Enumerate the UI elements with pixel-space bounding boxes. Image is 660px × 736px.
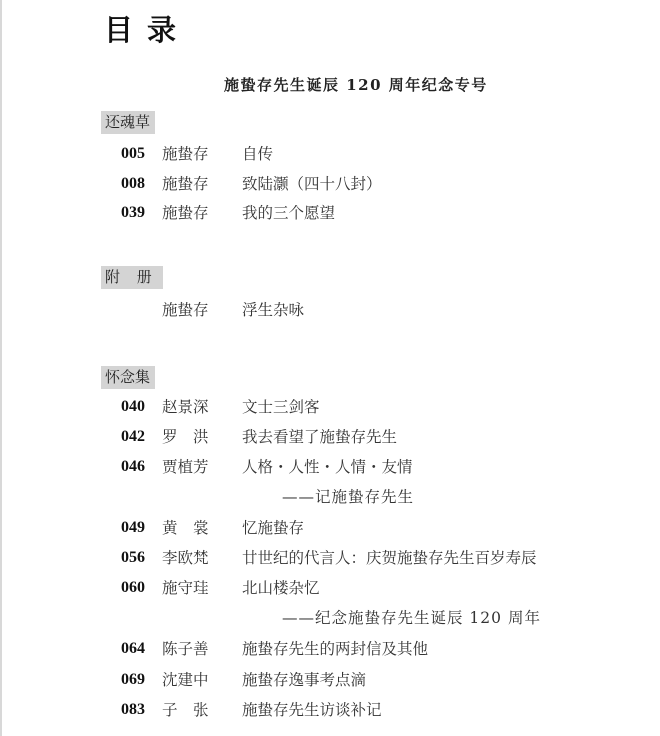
toc-entry[interactable]: 056 李欧梵 廿世纪的代言人：庆贺施蛰存先生百岁寿辰 xyxy=(0,546,660,570)
author: 赵景深 xyxy=(162,395,209,419)
entry-title[interactable]: 自传 xyxy=(242,142,273,166)
author: 陈子善 xyxy=(162,637,209,661)
toc-entry[interactable]: 083 子 张 施蛰存先生访谈补记 xyxy=(0,698,660,722)
author: 子 张 xyxy=(162,698,209,722)
page-number: 039 xyxy=(121,201,145,225)
entry-title[interactable]: 北山楼杂忆 xyxy=(242,576,320,600)
author: 贾植芳 xyxy=(162,455,209,479)
toc-entry[interactable]: 042 罗 洪 我去看望了施蛰存先生 xyxy=(0,425,660,449)
entry-title[interactable]: 文士三剑客 xyxy=(242,395,320,419)
entry-title[interactable]: 我去看望了施蛰存先生 xyxy=(242,425,397,449)
entry-title[interactable]: 人格・人性・人情・友情 xyxy=(242,455,413,479)
section-label-huanhuncao: 还魂草 xyxy=(101,111,155,134)
entry-title[interactable]: 廿世纪的代言人：庆贺施蛰存先生百岁寿辰 xyxy=(242,546,537,570)
page-number: 083 xyxy=(121,698,145,722)
page-number: 042 xyxy=(121,425,145,449)
author: 罗 洪 xyxy=(162,425,209,449)
toc-entry-subtitle: ——记施蛰存先生 xyxy=(0,485,660,509)
section-label-huainianji: 怀念集 xyxy=(101,366,155,389)
section-label-fuce: 附 册 xyxy=(101,266,163,289)
entry-subtitle: ——纪念施蛰存先生诞辰 120 周年 xyxy=(282,606,541,630)
toc-entry[interactable]: 060 施守珪 北山楼杂忆 xyxy=(0,576,660,600)
entry-title[interactable]: 浮生杂咏 xyxy=(242,298,304,322)
page-number: 069 xyxy=(121,668,145,692)
author: 施蛰存 xyxy=(162,298,209,322)
toc-entry[interactable]: 069 沈建中 施蛰存逸事考点滴 xyxy=(0,668,660,692)
toc-entry[interactable]: 064 陈子善 施蛰存先生的两封信及其他 xyxy=(0,637,660,661)
author: 沈建中 xyxy=(162,668,209,692)
author: 李欧梵 xyxy=(162,546,209,570)
author: 施蛰存 xyxy=(162,172,209,196)
page-number: 005 xyxy=(121,142,145,166)
author: 黄 裳 xyxy=(162,516,209,540)
author: 施蛰存 xyxy=(162,142,209,166)
page-number: 046 xyxy=(121,455,145,479)
toc-entry[interactable]: 005 施蛰存 自传 xyxy=(0,142,660,166)
page-number: 008 xyxy=(121,172,145,196)
author: 施蛰存 xyxy=(162,201,209,225)
toc-entry[interactable]: 施蛰存 浮生杂咏 xyxy=(0,298,660,322)
entry-title[interactable]: 我的三个愿望 xyxy=(242,201,335,225)
page-title: 目录 xyxy=(104,12,190,48)
toc-entry[interactable]: 046 贾植芳 人格・人性・人情・友情 xyxy=(0,455,660,479)
entry-title[interactable]: 施蛰存先生的两封信及其他 xyxy=(242,637,428,661)
toc-entry[interactable]: 039 施蛰存 我的三个愿望 xyxy=(0,201,660,225)
toc-entry[interactable]: 040 赵景深 文士三剑客 xyxy=(0,395,660,419)
entry-title[interactable]: 忆施蛰存 xyxy=(242,516,304,540)
issue-subtitle: 施蛰存先生诞辰 120 周年纪念专号 xyxy=(224,74,488,96)
toc-entry[interactable]: 008 施蛰存 致陆灏（四十八封） xyxy=(0,172,660,196)
entry-subtitle: ——记施蛰存先生 xyxy=(282,485,414,509)
author: 施守珪 xyxy=(162,576,209,600)
entry-title[interactable]: 致陆灏（四十八封） xyxy=(242,172,382,196)
page-number: 040 xyxy=(121,395,145,419)
page-number: 060 xyxy=(121,576,145,600)
page-number: 056 xyxy=(121,546,145,570)
page-number: 064 xyxy=(121,637,145,661)
toc-entry[interactable]: 049 黄 裳 忆施蛰存 xyxy=(0,516,660,540)
entry-title[interactable]: 施蛰存先生访谈补记 xyxy=(242,698,382,722)
toc-entry-subtitle: ——纪念施蛰存先生诞辰 120 周年 xyxy=(0,606,660,630)
entry-title[interactable]: 施蛰存逸事考点滴 xyxy=(242,668,366,692)
page-number: 049 xyxy=(121,516,145,540)
